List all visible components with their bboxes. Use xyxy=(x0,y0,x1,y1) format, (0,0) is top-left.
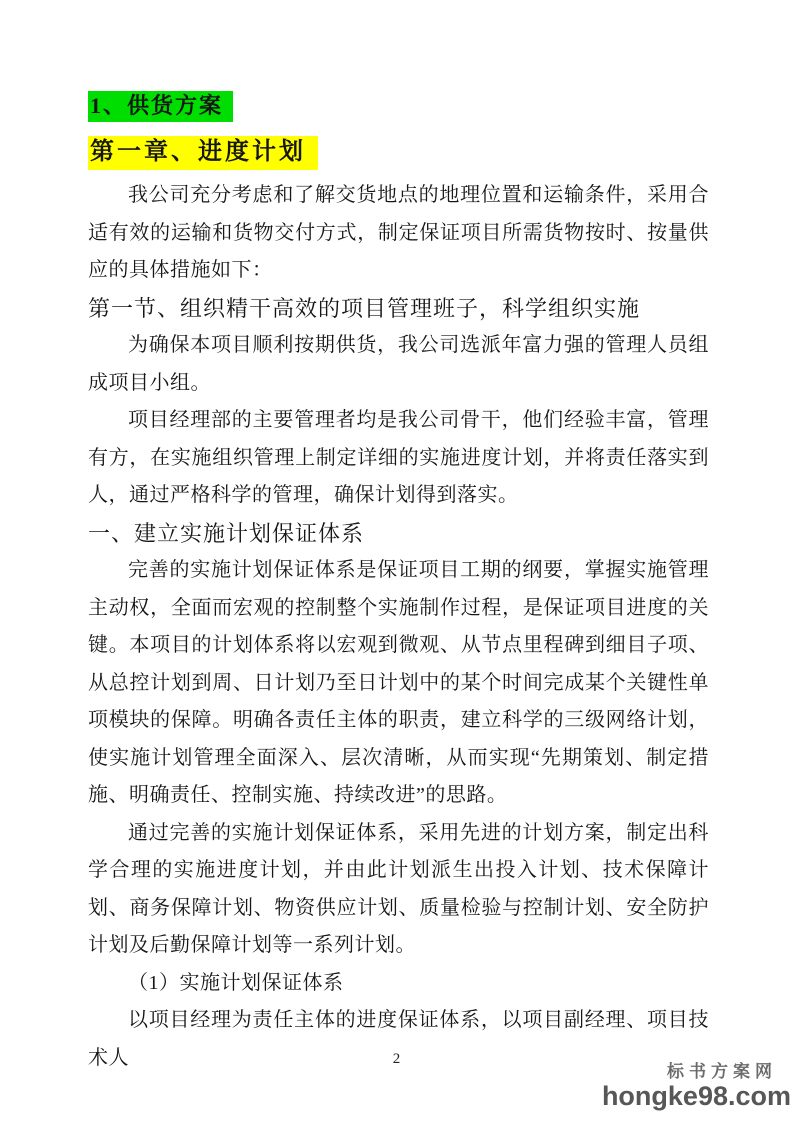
paragraph-intro: 我公司充分考虑和了解交货地点的地理位置和运输条件，采用合适有效的运输和货物交付方… xyxy=(88,177,709,290)
paragraph-derived-plans: 通过完善的实施计划保证体系，采用先进的计划方案，制定出科学合理的实施进度计划，并… xyxy=(88,815,709,965)
watermark-site-name: 标书方案网 xyxy=(602,1063,777,1080)
chapter-label-row: 1、供货方案 xyxy=(88,0,709,122)
subsection-1-title: 一、建立实施计划保证体系 xyxy=(88,515,709,553)
watermark-site-url: hongke98.com xyxy=(602,1083,791,1110)
section-1-title: 第一节、组织精干高效的项目管理班子，科学组织实施 xyxy=(88,290,709,328)
document-page: 1、供货方案 第一章、进度计划 我公司充分考虑和了解交货地点的地理位置和运输条件… xyxy=(0,0,793,1122)
paragraph-managers: 项目经理部的主要管理者均是我公司骨干，他们经验丰富，管理有方，在实施组织管理上制… xyxy=(88,402,709,515)
chapter-label-highlighted-green: 1、供货方案 xyxy=(88,91,233,122)
paragraph-project-team: 为确保本项目顺利按期供货，我公司选派年富力强的管理人员组成项目小组。 xyxy=(88,327,709,402)
chapter-title-row: 第一章、进度计划 xyxy=(88,122,709,170)
paragraph-plan-system: 完善的实施计划保证体系是保证项目工期的纲要，掌握实施管理主动权，全面而宏观的控制… xyxy=(88,552,709,815)
document-content: 1、供货方案 第一章、进度计划 我公司充分考虑和了解交货地点的地理位置和运输条件… xyxy=(88,0,709,1077)
chapter-title-highlighted-yellow: 第一章、进度计划 xyxy=(88,136,318,170)
item-1-title: （1）实施计划保证体系 xyxy=(88,965,709,1003)
watermark: 标书方案网 hongke98.com xyxy=(602,1063,791,1110)
